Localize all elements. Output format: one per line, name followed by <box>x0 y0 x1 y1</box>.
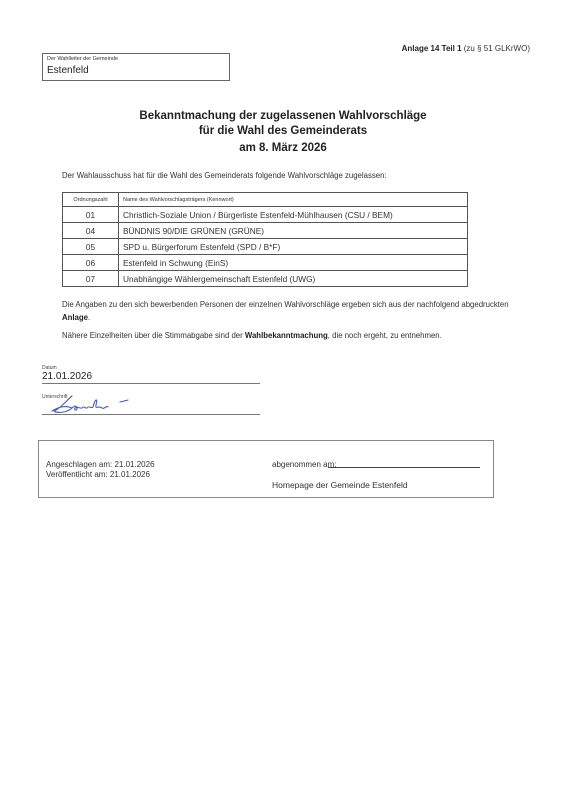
date-field: Datum 21.01.2026 <box>42 365 260 384</box>
row-name: Estenfeld in Schwung (EinS) <box>119 255 468 271</box>
details-paragraph: Nähere Einzelheiten über die Stimmabgabe… <box>62 331 442 340</box>
date-value: 21.01.2026 <box>42 371 260 384</box>
annex-legal-reference: (zu § 51 GLKrWO) <box>464 44 530 53</box>
annex-reference: Anlage 14 Teil 1 (zu § 51 GLKrWO) <box>402 44 530 53</box>
table-row: 07 Unabhängige Wählergemeinschaft Estenf… <box>63 271 468 287</box>
table-row: 04 BÜNDNIS 90/DIE GRÜNEN (GRÜNE) <box>63 223 468 239</box>
municipality-name: Estenfeld <box>47 64 225 77</box>
published-on: Veröffentlicht am: 21.01.2026 <box>46 470 150 480</box>
table-row: 06 Estenfeld in Schwung (EinS) <box>63 255 468 271</box>
election-officer-box: Der Wahlleiter der Gemeinde Estenfeld <box>42 53 230 81</box>
details-paragraph-bold: Wahlbekanntmachung <box>245 331 328 340</box>
annex-paragraph: Die Angaben zu den sich bewerbenden Pers… <box>62 298 522 324</box>
details-paragraph-text: Nähere Einzelheiten über die Stimmabgabe… <box>62 331 245 340</box>
election-officer-label: Der Wahlleiter der Gemeinde <box>47 56 225 63</box>
table-header-row: Ordnungszahl Name des Wahlvorschlagsträg… <box>63 193 468 207</box>
page-subtitle: für die Wahl des Gemeinderats <box>0 125 566 137</box>
row-number: 04 <box>63 223 119 239</box>
table-row: 01 Christlich-Soziale Union / Bürgerlist… <box>63 207 468 223</box>
row-name: Christlich-Soziale Union / Bürgerliste E… <box>119 207 468 223</box>
election-date: am 8. März 2026 <box>0 142 566 154</box>
row-name: Unabhängige Wählergemeinschaft Estenfeld… <box>119 271 468 287</box>
page-title: Bekanntmachung der zugelassenen Wahlvors… <box>0 110 566 122</box>
details-paragraph-end: , die noch ergeht, zu entnehmen. <box>328 331 442 340</box>
row-name: SPD u. Bürgerforum Estenfeld (SPD / B*F) <box>119 239 468 255</box>
nominations-table: Ordnungszahl Name des Wahlvorschlagsträg… <box>62 192 468 287</box>
annex-paragraph-end: . <box>88 313 90 322</box>
row-number: 06 <box>63 255 119 271</box>
row-number: 07 <box>63 271 119 287</box>
homepage-note: Homepage der Gemeinde Estenfeld <box>272 480 408 490</box>
posted-on: Angeschlagen am: 21.01.2026 <box>46 460 155 470</box>
row-number: 01 <box>63 207 119 223</box>
table-row: 05 SPD u. Bürgerforum Estenfeld (SPD / B… <box>63 239 468 255</box>
row-number: 05 <box>63 239 119 255</box>
removed-on-label: abgenommen am: <box>272 460 336 470</box>
annex-number: Anlage 14 Teil 1 <box>402 44 462 53</box>
column-header-number: Ordnungszahl <box>63 193 119 207</box>
annex-paragraph-text: Die Angaben zu den sich bewerbenden Pers… <box>62 300 509 309</box>
signature-line <box>42 414 260 415</box>
intro-text: Der Wahlausschuss hat für die Wahl des G… <box>62 171 387 180</box>
annex-paragraph-bold: Anlage <box>62 313 88 322</box>
removed-on-blank-line <box>328 467 480 468</box>
row-name: BÜNDNIS 90/DIE GRÜNEN (GRÜNE) <box>119 223 468 239</box>
column-header-name: Name des Wahlvorschlagsträgers (Kennwort… <box>119 193 468 207</box>
